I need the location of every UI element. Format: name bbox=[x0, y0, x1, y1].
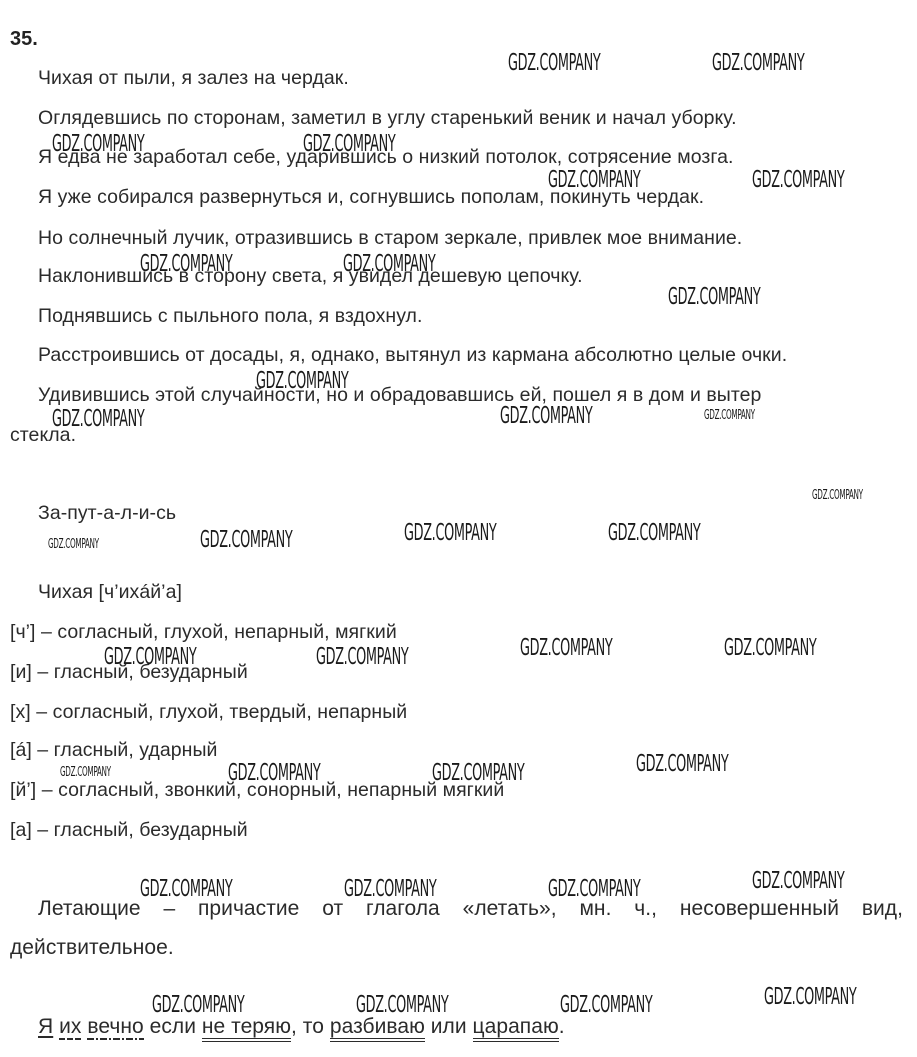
phonetic-sound-4: [á] – гласный, ударный bbox=[10, 738, 217, 762]
phonetic-sound-3: [х] – согласный, глухой, твердый, непарн… bbox=[10, 700, 407, 724]
watermark: GDZ.COMPANY bbox=[752, 868, 844, 894]
task-number: 35. bbox=[10, 28, 38, 51]
watermark: GDZ.COMPANY bbox=[668, 284, 760, 310]
watermark: GDZ.COMPANY bbox=[316, 644, 408, 670]
watermark: GDZ.COMPANY bbox=[752, 167, 844, 193]
sentence-end: . bbox=[559, 1015, 565, 1038]
sentence-4: Я уже собирался развернуться и, согнувши… bbox=[38, 185, 704, 209]
watermark: GDZ.COMPANY bbox=[712, 50, 804, 76]
watermark: GDZ.COMPANY bbox=[200, 527, 292, 553]
phonetic-sound-1: [ч’] – согласный, глухой, непарный, мягк… bbox=[10, 620, 397, 644]
watermark: GDZ.COMPANY bbox=[508, 50, 600, 76]
watermark: GDZ.COMPANY bbox=[404, 520, 496, 546]
sentence-6: Наклонившись в сторону света, я увидел д… bbox=[38, 264, 583, 288]
phonetic-sound-6: [а] – гласный, безударный bbox=[10, 818, 248, 842]
morpheme-split: За-пут-а-л-и-сь bbox=[38, 501, 176, 525]
word-then: , то bbox=[291, 1015, 324, 1038]
object: их bbox=[59, 1015, 81, 1040]
watermark: GDZ.COMPANY bbox=[812, 488, 863, 503]
watermark: GDZ.COMPANY bbox=[520, 635, 612, 661]
predicate-2: разбиваю bbox=[330, 1015, 425, 1042]
morphology-line-2: действительное. bbox=[10, 936, 174, 960]
sentence-7: Поднявшись с пыльного пола, я вздохнул. bbox=[38, 304, 422, 328]
predicate-3: царапаю bbox=[473, 1015, 559, 1042]
watermark: GDZ.COMPANY bbox=[636, 751, 728, 777]
morphology-line-1: Летающие – причастие от глагола «летать»… bbox=[10, 897, 903, 921]
word-or: или bbox=[431, 1015, 467, 1038]
watermark: GDZ.COMPANY bbox=[608, 520, 700, 546]
watermark: GDZ.COMPANY bbox=[704, 408, 755, 423]
sentence-1: Чихая от пыли, я залез на чердак. bbox=[38, 66, 349, 90]
sentence-2: Оглядевшись по сторонам, заметил в углу … bbox=[38, 106, 737, 130]
watermark: GDZ.COMPANY bbox=[48, 537, 99, 552]
watermark: GDZ.COMPANY bbox=[560, 992, 652, 1018]
watermark: GDZ.COMPANY bbox=[764, 984, 856, 1010]
parsed-sentence: Я их вечно если не теряю, то разбиваю ил… bbox=[38, 1015, 565, 1039]
word-if: если bbox=[150, 1015, 196, 1038]
phonetic-word: Чихая [ч’ихáй’а] bbox=[38, 580, 182, 604]
sentence-3: Я едва не заработал себе, ударившись о н… bbox=[38, 145, 734, 169]
sentence-5: Но солнечный лучик, отразившись в старом… bbox=[38, 226, 742, 250]
sentence-9-continued: стекла. bbox=[10, 423, 76, 447]
subject: Я bbox=[38, 1015, 53, 1038]
phonetic-sound-5: [й’] – согласный, звонкий, сонорный, неп… bbox=[10, 778, 504, 802]
predicate-1: не теряю bbox=[202, 1015, 291, 1042]
adverbial: вечно bbox=[87, 1015, 143, 1040]
watermark: GDZ.COMPANY bbox=[724, 635, 816, 661]
sentence-9: Удивившись этой случайности, но и обрадо… bbox=[38, 383, 761, 407]
sentence-8: Расстроившись от досады, я, однако, вытя… bbox=[38, 343, 787, 367]
phonetic-sound-2: [и] – гласный, безударный bbox=[10, 660, 248, 684]
